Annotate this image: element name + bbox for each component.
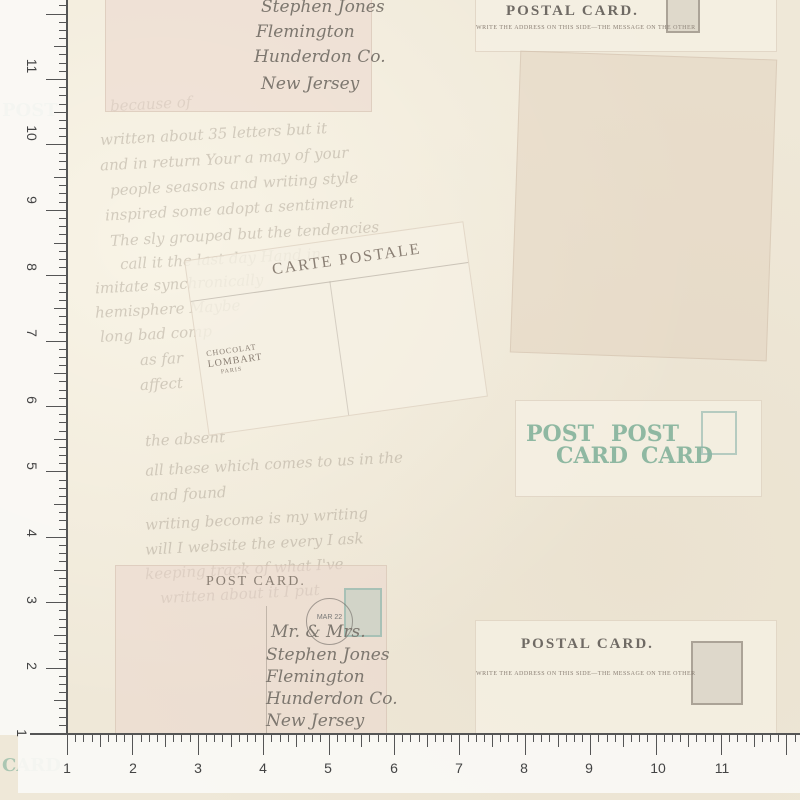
ruler-label: 2 xyxy=(123,760,143,776)
ruler-tick xyxy=(533,735,534,742)
ruler-label: 10 xyxy=(648,760,668,776)
ruler-tick xyxy=(59,161,66,162)
ruler-tick xyxy=(59,226,66,227)
ruler-tick xyxy=(59,120,66,121)
vertical-ruler xyxy=(0,0,68,735)
ruler-label: 10 xyxy=(24,123,40,143)
ruler-tick xyxy=(59,202,66,203)
ruler-tick xyxy=(59,463,66,464)
ruler-tick xyxy=(59,283,66,284)
ruler-tick xyxy=(54,700,66,701)
ruler-tick xyxy=(247,735,248,742)
ruler-tick xyxy=(181,735,182,742)
ruler-tick xyxy=(46,144,66,145)
ruler-tick xyxy=(647,735,648,742)
ruler-tick xyxy=(688,735,689,747)
ruler-tick xyxy=(59,390,66,391)
ruler-tick xyxy=(672,735,673,742)
ruler-tick xyxy=(239,735,240,742)
post-card-bottom: POST CARD. MAR 22 Mr. & Mrs. Stephen Jon… xyxy=(115,565,387,737)
postmark-date: MAR 22 xyxy=(307,614,352,621)
ruler-tick xyxy=(59,71,66,72)
ruler-tick xyxy=(451,735,452,742)
ruler-tick xyxy=(141,735,142,742)
horizontal-ruler-edge xyxy=(30,733,800,735)
ruler-label: 5 xyxy=(24,456,40,476)
ruler-tick xyxy=(59,22,66,23)
ruler-tick xyxy=(615,735,616,742)
ruler-tick xyxy=(59,316,66,317)
ruler-tick xyxy=(59,54,66,55)
ruler-tick xyxy=(59,422,66,423)
address-line: New Jersey xyxy=(266,710,364,732)
ruler-label: 11 xyxy=(712,760,732,776)
ruler-tick xyxy=(59,692,66,693)
ruler-label: 1 xyxy=(57,760,77,776)
ruler-tick xyxy=(386,735,387,742)
ruler-tick xyxy=(149,735,150,742)
ruler-tick xyxy=(598,735,599,742)
ruler-tick xyxy=(566,735,567,742)
post-card-top: Stephen Jones Flemington Hunderdon Co. N… xyxy=(105,0,372,112)
ruler-tick xyxy=(59,365,66,366)
ruler-label: 4 xyxy=(24,523,40,543)
ruler-tick xyxy=(59,520,66,521)
ruler-tick xyxy=(75,735,76,742)
address-line: New Jersey xyxy=(261,73,359,95)
letter-line: affect xyxy=(140,374,184,394)
ruler-tick xyxy=(59,332,66,333)
ruler-tick xyxy=(59,267,66,268)
ruler-tick xyxy=(206,735,207,742)
ruler-tick xyxy=(59,324,66,325)
ruler-label: 9 xyxy=(24,190,40,210)
ruler-label: 7 xyxy=(449,760,469,776)
ruler-tick xyxy=(46,602,66,603)
ruler-tick xyxy=(83,735,84,742)
address-line: Mr. & Mrs. xyxy=(271,621,366,643)
divider xyxy=(329,281,349,415)
address-line: Stephen Jones xyxy=(261,0,385,18)
ruler-tick xyxy=(59,87,66,88)
ruler-tick xyxy=(427,735,428,747)
ruler-tick xyxy=(59,381,66,382)
ruler-tick xyxy=(508,735,509,742)
ruler-tick xyxy=(54,373,66,374)
ruler-tick xyxy=(59,104,66,105)
address-line: Flemington xyxy=(266,666,365,688)
ruler-tick xyxy=(46,275,66,276)
card-subtitle: WRITE THE ADDRESS ON THIS SIDE—THE MESSA… xyxy=(476,25,696,31)
portrait-stamp xyxy=(666,0,700,33)
ruler-tick xyxy=(631,735,632,742)
card-title: POST CARD. xyxy=(206,574,306,590)
ruler-tick xyxy=(92,735,93,742)
ruler-tick xyxy=(222,735,223,742)
ruler-tick xyxy=(705,735,706,742)
ruler-tick xyxy=(198,735,199,755)
ruler-tick xyxy=(574,735,575,742)
ruler-tick xyxy=(59,512,66,513)
ruler-tick xyxy=(443,735,444,742)
ruler-tick xyxy=(54,46,66,47)
ruler-tick xyxy=(345,735,346,742)
ruler-tick xyxy=(59,725,66,726)
ruler-tick xyxy=(124,735,125,742)
ruler-tick xyxy=(46,537,66,538)
ruler-tick xyxy=(46,14,66,15)
ruler-tick xyxy=(762,735,763,742)
ruler-tick xyxy=(369,735,370,742)
ruler-tick xyxy=(59,38,66,39)
card-title: POSTAL CARD. xyxy=(506,3,639,20)
ruler-tick xyxy=(59,193,66,194)
ruler-label: 7 xyxy=(24,323,40,343)
portrait-stamp xyxy=(691,641,743,705)
letter-line: all these which comes to us in the xyxy=(145,448,404,479)
ruler-tick xyxy=(46,406,66,407)
address-line: Stephen Jones xyxy=(266,644,390,666)
ruler-tick xyxy=(59,545,66,546)
ruler-tick xyxy=(271,735,272,742)
address-line: Hunderdon Co. xyxy=(254,46,386,68)
letter-line: written about 35 letters but it xyxy=(100,119,328,149)
ruler-tick xyxy=(402,735,403,742)
ruler-tick xyxy=(108,735,109,742)
ruler-tick xyxy=(59,185,66,186)
ruler-tick xyxy=(132,735,133,755)
letter-line: inspired some adopt a sentiment xyxy=(105,193,355,224)
ruler-tick xyxy=(46,668,66,669)
ruler-tick xyxy=(59,300,66,301)
ruler-tick xyxy=(59,251,66,252)
ruler-tick xyxy=(59,349,66,350)
ruler-tick xyxy=(59,357,66,358)
ruler-tick xyxy=(46,341,66,342)
ruler-tick xyxy=(59,169,66,170)
ruler-tick xyxy=(54,635,66,636)
ruler-tick xyxy=(558,735,559,747)
ruler-tick xyxy=(59,717,66,718)
ruler-tick xyxy=(255,735,256,742)
address-line: Hunderdon Co. xyxy=(266,688,398,710)
ruler-tick xyxy=(59,676,66,677)
ruler-tick xyxy=(54,308,66,309)
ruler-tick xyxy=(54,112,66,113)
address-line: Flemington xyxy=(256,21,355,43)
ruler-label: 6 xyxy=(24,390,40,410)
ruler-tick xyxy=(435,735,436,742)
ruler-tick xyxy=(337,735,338,742)
ruler-tick xyxy=(59,398,66,399)
ruler-tick xyxy=(623,735,624,747)
ruler-tick xyxy=(59,30,66,31)
ruler-label: 4 xyxy=(253,760,273,776)
ruler-tick xyxy=(607,735,608,742)
ruler-tick xyxy=(304,735,305,742)
card-title: CARTE POSTALE xyxy=(271,240,422,279)
ruler-tick xyxy=(59,529,66,530)
ruler-tick xyxy=(639,735,640,742)
ruler-tick xyxy=(500,735,501,742)
ruler-tick xyxy=(492,735,493,747)
ruler-tick xyxy=(59,95,66,96)
green-post-cards: POST CARD POST CARD xyxy=(515,400,762,497)
carte-postale-card: CARTE POSTALE CHOCOLAT LOMBART PARIS xyxy=(184,221,488,436)
ruler-tick xyxy=(67,735,68,755)
ruler-tick xyxy=(54,570,66,571)
ruler-tick xyxy=(770,735,771,742)
ruler-tick xyxy=(59,708,66,709)
ruler-tick xyxy=(656,735,657,755)
ruler-tick xyxy=(59,153,66,154)
ruler-tick xyxy=(59,136,66,137)
ruler-tick xyxy=(795,735,796,742)
ruler-tick xyxy=(59,414,66,415)
ruler-tick xyxy=(54,439,66,440)
ruler-tick xyxy=(582,735,583,742)
ruler-tick xyxy=(280,735,281,742)
ruler-tick xyxy=(59,627,66,628)
letter-line: will I website the every I ask xyxy=(145,529,364,558)
ruler-tick xyxy=(59,259,66,260)
ruler-tick xyxy=(713,735,714,742)
ruler-label: 1 xyxy=(14,723,30,743)
ruler-label: 2 xyxy=(24,656,40,676)
ruler-tick xyxy=(590,735,591,755)
ruler-tick xyxy=(59,553,66,554)
ruler-tick xyxy=(459,735,460,755)
ruler-tick xyxy=(525,735,526,755)
ruler-label: 6 xyxy=(384,760,404,776)
ruler-tick xyxy=(419,735,420,742)
ruler-tick xyxy=(59,594,66,595)
ruler-label: 9 xyxy=(579,760,599,776)
ruler-tick xyxy=(59,128,66,129)
letter-line: and in return Your a may of your xyxy=(100,144,349,175)
ruler-tick xyxy=(165,735,166,747)
ruler-tick xyxy=(378,735,379,742)
ruler-tick xyxy=(778,735,779,742)
ruler-tick xyxy=(157,735,158,742)
postal-card-right: POSTAL CARD. WRITE THE ADDRESS ON THIS S… xyxy=(475,620,777,737)
ruler-tick xyxy=(59,561,66,562)
ruler-tick xyxy=(190,735,191,742)
ruler-tick xyxy=(468,735,469,742)
fabric-print: because of written about 35 letters but … xyxy=(0,0,800,800)
ruler-tick xyxy=(59,488,66,489)
ruler-label: 8 xyxy=(24,257,40,277)
ruler-tick xyxy=(517,735,518,742)
ruler-tick xyxy=(59,496,66,497)
card-subtitle: WRITE THE ADDRESS ON THIS SIDE—THE MESSA… xyxy=(476,671,696,677)
ruler-tick xyxy=(46,471,66,472)
letter-card-right xyxy=(510,51,777,362)
ruler-tick xyxy=(484,735,485,742)
letter-line: and found xyxy=(150,483,227,505)
ruler-tick xyxy=(59,480,66,481)
letter-line: as far xyxy=(140,349,184,369)
ruler-tick xyxy=(549,735,550,742)
ruler-tick xyxy=(541,735,542,742)
ruler-label: 3 xyxy=(24,590,40,610)
ruler-tick xyxy=(54,177,66,178)
ruler-tick xyxy=(100,735,101,747)
ruler-tick xyxy=(353,735,354,742)
ruler-tick xyxy=(680,735,681,742)
ruler-tick xyxy=(263,735,264,755)
ruler-tick xyxy=(737,735,738,742)
ruler-tick xyxy=(394,735,395,755)
ruler-tick xyxy=(721,735,722,755)
ruler-label: 11 xyxy=(24,56,40,76)
ruler-tick xyxy=(54,504,66,505)
letter-line: writing become is my writing xyxy=(145,504,369,534)
ruler-tick xyxy=(320,735,321,742)
ruler-tick xyxy=(59,292,66,293)
ruler-tick xyxy=(59,431,66,432)
ruler-tick xyxy=(46,79,66,80)
ruler-tick xyxy=(361,735,362,747)
card-title: POSTAL CARD. xyxy=(521,636,654,653)
ruler-tick xyxy=(59,63,66,64)
ruler-tick xyxy=(59,619,66,620)
ruler-tick xyxy=(231,735,232,747)
ruler-tick xyxy=(46,733,66,734)
vertical-ruler-edge xyxy=(66,0,68,735)
ruler-tick xyxy=(476,735,477,742)
ruler-tick xyxy=(329,735,330,755)
ruler-label: 5 xyxy=(318,760,338,776)
ruler-tick xyxy=(729,735,730,742)
ruler-tick xyxy=(59,684,66,685)
stamp-box xyxy=(701,411,737,455)
ruler-tick xyxy=(296,735,297,747)
ruler-tick xyxy=(410,735,411,742)
ruler-tick xyxy=(786,735,787,755)
ruler-tick xyxy=(59,586,66,587)
ruler-tick xyxy=(59,455,66,456)
ruler-tick xyxy=(59,659,66,660)
ruler-tick xyxy=(754,735,755,747)
ruler-tick xyxy=(312,735,313,742)
ruler-tick xyxy=(59,447,66,448)
ruler-tick xyxy=(59,651,66,652)
ruler-tick xyxy=(59,234,66,235)
ruler-label: 3 xyxy=(188,760,208,776)
ruler-tick xyxy=(59,643,66,644)
ruler-tick xyxy=(173,735,174,742)
ruler-tick xyxy=(214,735,215,742)
ruler-label: 8 xyxy=(514,760,534,776)
ruler-tick xyxy=(116,735,117,742)
ruler-tick xyxy=(696,735,697,742)
ruler-tick xyxy=(54,243,66,244)
ruler-tick xyxy=(59,5,66,6)
ruler-tick xyxy=(59,610,66,611)
ruler-tick xyxy=(746,735,747,742)
ruler-tick xyxy=(59,218,66,219)
postal-card-top-right: POSTAL CARD. WRITE THE ADDRESS ON THIS S… xyxy=(475,0,777,52)
ruler-tick xyxy=(288,735,289,742)
ruler-tick xyxy=(46,210,66,211)
ruler-tick xyxy=(59,578,66,579)
ruler-tick xyxy=(664,735,665,742)
